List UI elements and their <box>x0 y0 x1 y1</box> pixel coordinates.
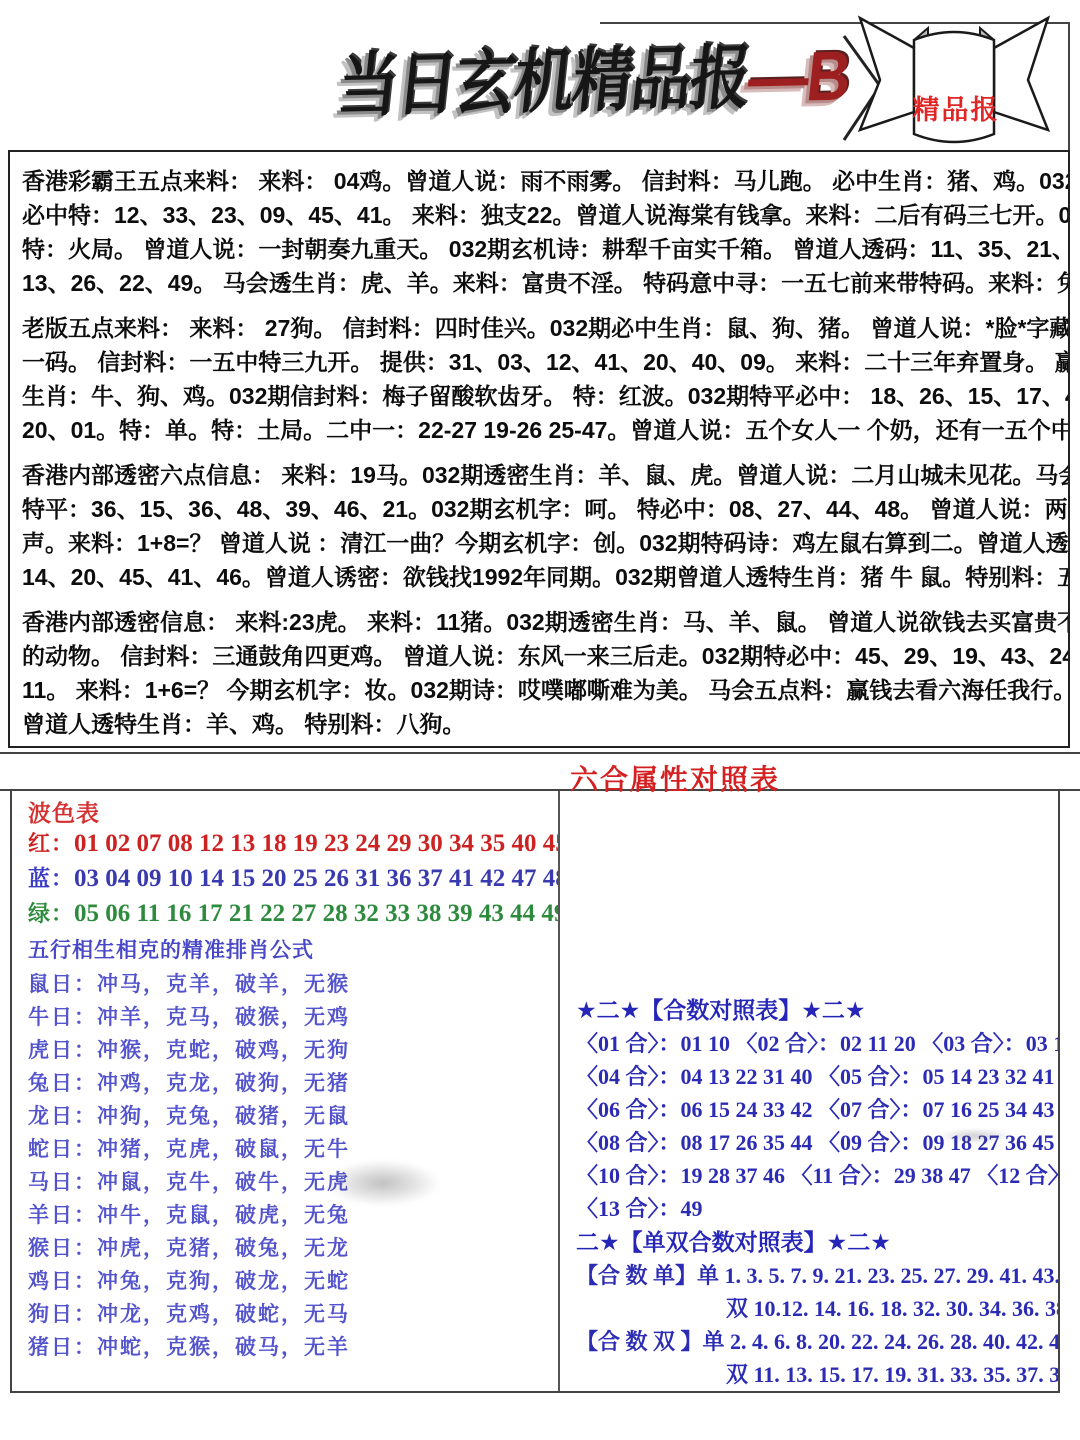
right-border-rule <box>1068 22 1070 150</box>
bulletin-paragraph-1: 香港彩霸王五点来料： 来料： 04鸡。曾道人说：雨不雨雾。 信封料：马儿跑。 必… <box>22 164 1056 300</box>
sum-table-list: 〈01 合〉：01 10 〈02 合〉：02 11 20 〈03 合〉：03 1… <box>576 1027 1052 1225</box>
zodiac-formula-line: 羊日：冲牛，克鼠，破虎，无兔 <box>28 1199 548 1232</box>
ribbon-banner: 精品报 <box>856 10 1052 156</box>
wave-color-panel: 波色表 红：01 02 07 08 12 13 18 19 23 24 29 3… <box>12 791 558 1391</box>
sum-table-line: 〈06 合〉：06 15 24 33 42 〈07 合〉：07 16 25 34… <box>576 1093 1052 1126</box>
bulletin-line: 曾道人透特生肖：羊、鸡。 特别料：八狗。 <box>22 707 1056 741</box>
wave-row-red: 红：01 02 07 08 12 13 18 19 23 24 29 30 34… <box>28 828 548 863</box>
zodiac-formula-line: 鸡日：冲兔，克狗，破龙，无蛇 <box>28 1265 548 1298</box>
bulletin-line: 特：火局。 曾道人说：一封朝奏九重天。 032期玄机诗：耕犁千亩实千箱。 曾道人… <box>22 232 1056 266</box>
wave-row-green-label: 绿： <box>28 901 74 926</box>
bulletin-line: 14、20、45、41、46。曾道人诱密：欲钱找1992年同期。032期曾道人透… <box>22 560 1056 594</box>
wave-row-green-numbers: 05 06 11 16 17 21 22 27 28 32 33 38 39 4… <box>74 900 558 927</box>
sum-table-line: 〈04 合〉：04 13 22 31 40 〈05 合〉：05 14 23 32… <box>576 1060 1052 1093</box>
sum-table-line: 〈10 合〉：19 28 37 46 〈11 合〉：29 38 47 〈12 合… <box>576 1159 1052 1192</box>
sum-table-line: 〈01 合〉：01 10 〈02 合〉：02 11 20 〈03 合〉：03 1… <box>576 1027 1052 1060</box>
scroll-ribbon-icon <box>856 10 1052 156</box>
odd-even-table-line: 双 10.12. 14. 16. 18. 32. 30. 34. 36. 38 <box>576 1292 1052 1325</box>
odd-even-table-line: 双 11. 13. 15. 17. 19. 31. 33. 35. 37. 39 <box>576 1358 1052 1391</box>
zodiac-formula-line: 鼠日：冲马，克羊，破羊，无猴 <box>28 968 548 1001</box>
bulletin-line: 必中特：12、33、23、09、45、41。 来料：独支22。曾道人说海棠有钱拿… <box>22 198 1056 232</box>
zodiac-formula-line: 牛日：冲羊，克马，破猴，无鸡 <box>28 1001 548 1034</box>
bulletin-paragraph-2: 老版五点来料： 来料： 27狗。 信封料：四时佳兴。032期必中生肖：鼠、狗、猪… <box>22 311 1056 447</box>
wave-row-blue-numbers: 03 04 09 10 14 15 20 25 26 31 36 37 41 4… <box>74 865 558 892</box>
bulletin-line: 生肖：牛、狗、鸡。032期信封料：梅子留酸软齿牙。 特：红波。032期特平必中：… <box>22 379 1056 413</box>
attribute-table-box: 波色表 红：01 02 07 08 12 13 18 19 23 24 29 3… <box>10 791 1060 1393</box>
zodiac-formula-line: 猴日：冲虎，克猪，破兔，无龙 <box>28 1232 548 1265</box>
zodiac-formula-list: 鼠日：冲马，克羊，破羊，无猴牛日：冲羊，克马，破猴，无鸡虎日：冲猴，克蛇，破鸡，… <box>28 968 548 1364</box>
zodiac-formula-line: 狗日：冲龙，克鸡，破蛇，无马 <box>28 1298 548 1331</box>
bulletin-line: 一码。 信封料：一五中特三九开。 提供：31、03、12、41、20、40、09… <box>22 345 1056 379</box>
zodiac-formula-line: 兔日：冲鸡，克龙，破狗，无猪 <box>28 1067 548 1100</box>
page-title-main: 当日玄机精品报 <box>334 39 753 125</box>
bulletin-line: 11。 来料：1+6=？ 今期玄机字：妆。032期诗：哎噗嘟嘶难为美。 马会五点… <box>22 673 1056 707</box>
section-header-band: 六合属性对照表 <box>0 752 1080 791</box>
bulletin-line: 声。来料：1+8=？ 曾道人说 ：清江一曲？今期玄机字：创。032期特码诗：鸡左… <box>22 526 1056 560</box>
odd-even-table-line: 【合 数 单】单 1. 3. 5. 7. 9. 21. 23. 25. 27. … <box>576 1259 1052 1292</box>
odd-even-table-list: 【合 数 单】单 1. 3. 5. 7. 9. 21. 23. 25. 27. … <box>576 1259 1052 1391</box>
bulletin-line: 香港内部透密信息： 来料:23虎。 来料：11猪。032期透密生肖：马、羊、鼠。… <box>22 605 1056 639</box>
bulletin-line: 特平：36、15、36、48、39、46、21。032期玄机字：呵。 特必中：0… <box>22 492 1056 526</box>
bulletin-paragraph-3: 香港内部透密六点信息： 来料：19马。032期透密生肖：羊、鼠、虎。曾道人说：二… <box>22 458 1056 594</box>
scan-smudge <box>938 1128 1012 1144</box>
bulletin-line: 20、01。特：单。特：土局。二中一：22-27 19-26 25-47。曾道人… <box>22 413 1056 447</box>
zodiac-formula-line: 蛇日：冲猪，克虎，破鼠，无牛 <box>28 1133 548 1166</box>
wave-row-green: 绿：05 06 11 16 17 21 22 27 28 32 33 38 39… <box>28 898 548 933</box>
sum-table-line: 〈13 合〉：49 <box>576 1192 1052 1225</box>
zodiac-formula-title: 五行相生相克的精准排肖公式 <box>28 933 548 968</box>
page-title: 当日玄机精品报—B <box>332 24 827 146</box>
bulletin-line: 13、26、22、49。 马会透生肖：虎、羊。来料：富贵不淫。 特码意中寻：一五… <box>22 266 1056 300</box>
zodiac-formula-line: 猪日：冲蛇，克猴，破马，无羊 <box>28 1331 548 1364</box>
bulletin-paragraph-4: 香港内部透密信息： 来料:23虎。 来料：11猪。032期透密生肖：马、羊、鼠。… <box>22 605 1056 741</box>
wave-row-blue-label: 蓝： <box>28 866 74 891</box>
scan-smudge <box>325 1160 440 1206</box>
odd-even-table-line: 【合 数 双 】单 2. 4. 6. 8. 20. 22. 24. 26. 28… <box>576 1325 1052 1358</box>
wave-row-blue: 蓝：03 04 09 10 14 15 20 25 26 31 36 37 41… <box>28 863 548 898</box>
zodiac-formula-line: 龙日：冲狗，克兔，破猪，无鼠 <box>28 1100 548 1133</box>
ribbon-label: 精品报 <box>908 88 1004 127</box>
bulletin-line: 香港内部透密六点信息： 来料：19马。032期透密生肖：羊、鼠、虎。曾道人说：二… <box>22 458 1056 492</box>
sum-table-panel: ★二★【合数对照表】★二★ 〈01 合〉：01 10 〈02 合〉：02 11 … <box>560 791 1058 1391</box>
bulletin-line: 的动物。 信封料：三通鼓角四更鸡。 曾道人说：东风一来三后走。032期特必中：4… <box>22 639 1056 673</box>
wave-row-red-numbers: 01 02 07 08 12 13 18 19 23 24 29 30 34 3… <box>74 830 558 857</box>
wave-row-red-label: 红： <box>28 831 74 856</box>
bulletin-box: 香港彩霸王五点来料： 来料： 04鸡。曾道人说：雨不雨雾。 信封料：马儿跑。 必… <box>8 150 1070 748</box>
zodiac-formula-line: 马日：冲鼠，克牛，破牛，无虎 <box>28 1166 548 1199</box>
zodiac-formula-line: 虎日：冲猴，克蛇，破鸡，无狗 <box>28 1034 548 1067</box>
bulletin-line: 老版五点来料： 来料： 27狗。 信封料：四时佳兴。032期必中生肖：鼠、狗、猪… <box>22 311 1056 345</box>
wave-table-title: 波色表 <box>28 798 548 828</box>
bulletin-line: 香港彩霸王五点来料： 来料： 04鸡。曾道人说：雨不雨雾。 信封料：马儿跑。 必… <box>22 164 1056 198</box>
sum-table-header: ★二★【合数对照表】★二★ <box>576 993 1052 1027</box>
odd-even-table-header: 二★【单双合数对照表】★二★ <box>576 1225 1052 1259</box>
